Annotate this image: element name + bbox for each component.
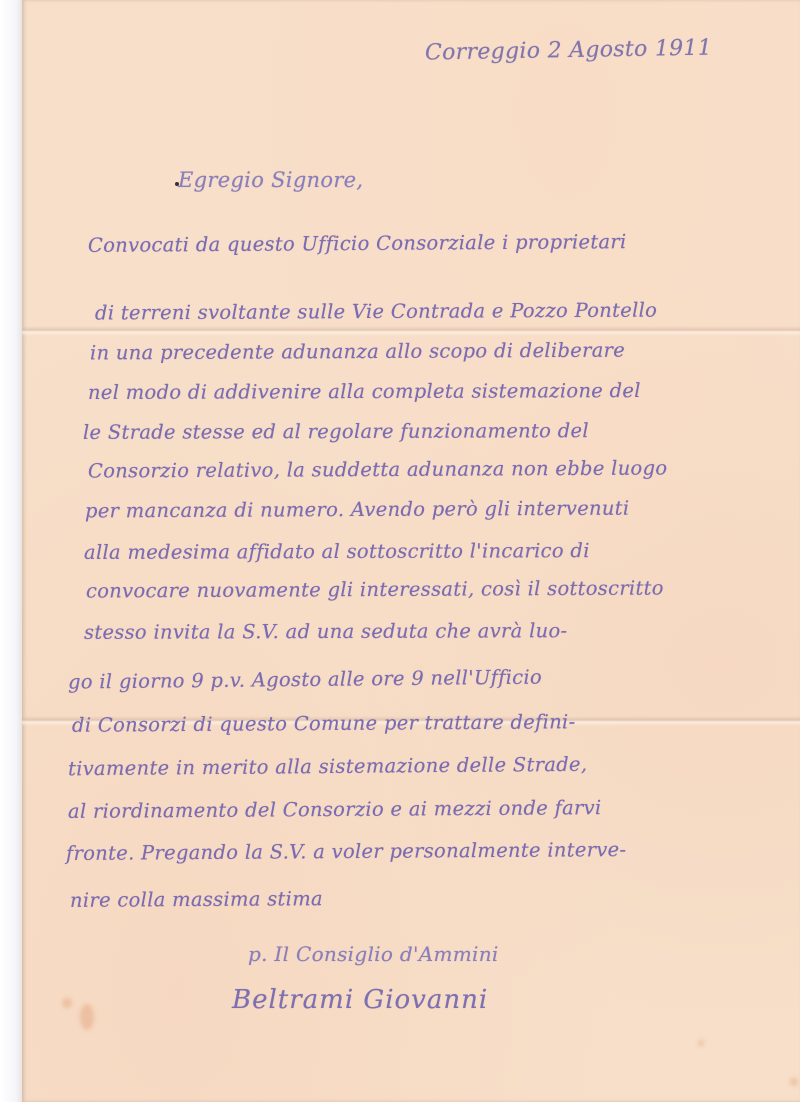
- salutation: Egregio Signore,: [178, 168, 363, 192]
- letter-line: convocare nuovamente gli interessati, co…: [86, 576, 664, 602]
- letter-line: le Strade stesse ed al regolare funziona…: [83, 419, 589, 444]
- paper-fold-crease: [22, 326, 800, 336]
- paper-stain: [790, 1078, 798, 1086]
- letter-line: al riordinamento del Consorzio e ai mezz…: [68, 796, 602, 823]
- letter-line: nel modo di addivenire alla completa sis…: [88, 379, 641, 404]
- closing-line: p. Il Consiglio d'Ammini: [248, 942, 499, 966]
- letter-line: tivamente in merito alla sistemazione de…: [68, 753, 588, 781]
- letter-line: nire colla massima stima: [70, 887, 323, 912]
- letter-line: Convocati da questo Ufficio Consorziale …: [88, 230, 627, 257]
- paper-stain: [80, 1004, 94, 1030]
- paper-stain: [62, 998, 72, 1008]
- place-and-date: Correggio 2 Agosto 1911: [425, 35, 712, 65]
- scan-margin: [0, 0, 22, 1102]
- signature: Beltrami Giovanni: [232, 985, 488, 1015]
- letter-line: fronte. Pregando la S.V. a voler persona…: [66, 838, 627, 865]
- paper-stain: [698, 1040, 704, 1046]
- letter-line: di Consorzi di questo Comune per trattar…: [72, 710, 576, 737]
- letter-line: in una precedente adunanza allo scopo di…: [90, 339, 625, 365]
- letter-line: alla medesima affidato al sottoscritto l…: [84, 539, 590, 564]
- letter-line: di terreni svoltante sulle Vie Contrada …: [95, 299, 657, 325]
- letter-line: per mancanza di numero. Avendo però gli …: [85, 497, 630, 523]
- letter-line: Consorzio relativo, la suddetta adunanza…: [88, 456, 668, 482]
- letter-line: stesso invita la S.V. ad una seduta che …: [84, 619, 567, 644]
